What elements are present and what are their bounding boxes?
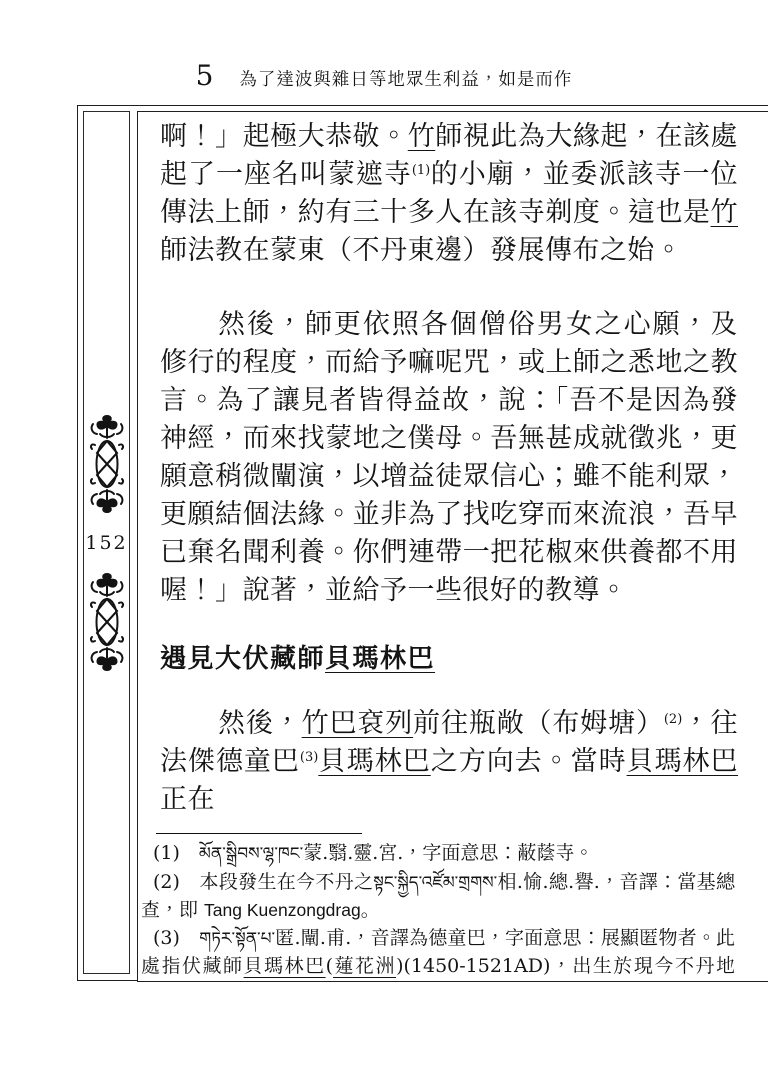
chapter-number: 5 xyxy=(196,60,214,92)
paragraph-2: 然後，師更依照各個僧俗男女之心願，及修行的程度，而給予嘛呢咒，或上師之悉地之教言… xyxy=(160,306,738,610)
footnote-2: (2) 本段發生在今不丹之སྟང་སྐྱིད་འཛོམ་གྲགས་相.愉.總.譽… xyxy=(141,869,735,925)
knot-ornament-icon xyxy=(89,412,125,516)
paragraph-1: 啊！」起極大恭敬。竹師視此為大緣起，在該處起了一座名叫蒙遮寺(1)的小廟，並委派… xyxy=(160,118,738,270)
footnotes: (1) མོན་སྒྲིབས་ལྷ་ཁང་蒙.翳.靈.宮.，字面意思：蔽蔭寺。 … xyxy=(141,840,735,982)
footnote-1: (1) མོན་སྒྲིབས་ལྷ་ཁང་蒙.翳.靈.宮.，字面意思：蔽蔭寺。 xyxy=(141,840,735,869)
knot-ornament-icon xyxy=(89,570,125,674)
page-number: 152 xyxy=(85,532,127,554)
chapter-title: 為了達波與雜日等地眾生利益，如是而作 xyxy=(239,66,572,91)
paragraph-3: 然後，竹巴袞列前往瓶敞（布姆塘）(2)，往法傑德童巴(3)貝瑪林巴之方向去。當時… xyxy=(160,705,738,819)
footnote-divider xyxy=(156,833,362,834)
sidebar: 152 xyxy=(83,111,130,974)
section-heading: 遇見大伏藏師貝瑪林巴 xyxy=(160,640,768,678)
footnote-3: (3) གཏེར་སྟོན་པ་匿.闡.甫.，音譯為德童巴，字面意思：展顯匿物者… xyxy=(141,925,735,983)
page-header: 5 為了達波與雜日等地眾生利益，如是而作 xyxy=(0,60,768,92)
book-page: 5 為了達波與雜日等地眾生利益，如是而作 xyxy=(0,0,768,1089)
content-area: 啊！」起極大恭敬。竹師視此為大緣起，在該處起了一座名叫蒙遮寺(1)的小廟，並委派… xyxy=(137,111,768,982)
